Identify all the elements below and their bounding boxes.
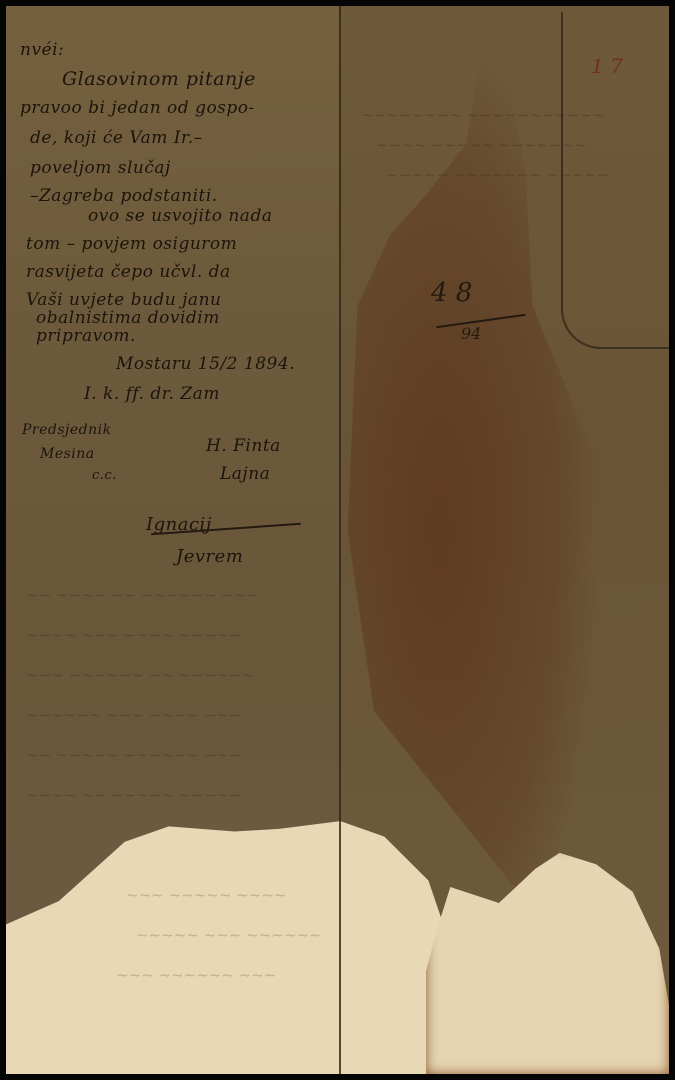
text-line: nvéi: xyxy=(20,40,64,60)
signature: Jevrem xyxy=(176,546,243,567)
text-line: rasvijeta čepo učvl. da xyxy=(26,262,231,282)
text-line: obalnistima dovidim xyxy=(36,308,220,328)
text-line: tom – povjem osigurom xyxy=(26,234,237,254)
document-page: nvéi: Glasovinom pitanje pravoo bi jedan… xyxy=(6,6,669,1074)
date-line: Mostaru 15/2 1894. xyxy=(116,354,295,374)
note-line: Predsjednik xyxy=(22,422,112,438)
note-line: c.c. xyxy=(92,468,117,483)
text-line: Vaši uvjete budu janu xyxy=(26,290,221,310)
text-line: –Zagreba podstaniti. xyxy=(30,186,218,206)
bleedthrough-line: ~~~~ ~~~~~ ~~~~~~~ xyxy=(376,136,587,154)
bleedthrough-line: ~~~~~~ ~~~ ~~~~ ~~~ xyxy=(26,706,241,724)
archive-number: 4 8 xyxy=(431,278,472,308)
bleedthrough-line: ~~~~ ~~ ~~~~~ ~~~~~ xyxy=(26,786,241,804)
archive-year: 94 xyxy=(461,324,481,343)
text-line: de, koji će Vam Ir.– xyxy=(30,128,203,148)
bleedthrough-line: ~~ ~~~~ ~~ ~~~~~~ ~~~ xyxy=(26,586,259,604)
bleedthrough-line: ~~~ ~~~~~ ~~~~ xyxy=(126,886,286,904)
text-line: Glasovinom pitanje xyxy=(62,68,256,90)
bleedthrough-line: ~~~ ~~~~~~ ~~~ xyxy=(116,966,276,984)
note-line: H. Finta xyxy=(206,436,281,456)
text-line: pravoo bi jedan od gospo- xyxy=(20,98,255,118)
text-line: ovo se usvojito nada xyxy=(88,206,272,226)
note-line: Lajna xyxy=(220,464,270,484)
greeting-line: I. k. ff. dr. Zam xyxy=(84,384,220,404)
text-line: poveljom slučaj xyxy=(30,158,171,178)
bleedthrough-line: ~~~~~ ~~~~~~~ ~~~~~ xyxy=(386,166,609,184)
bleedthrough-line: ~~~ ~~~~~~ ~~ ~~~~~~ xyxy=(26,666,254,684)
bleedthrough-line: ~~~~ ~~~ ~~~~ ~~~~~ xyxy=(26,626,241,644)
bleedthrough-line: ~~~~~ ~~~ ~~~~~~ xyxy=(136,926,322,944)
note-line: Mesina xyxy=(40,446,95,462)
bleedthrough-line: ~~~~~~~~ ~~~~~~~~~~~ xyxy=(361,106,605,124)
corner-folio-number: 1 7 xyxy=(591,54,623,78)
fold-line xyxy=(339,6,341,1074)
text-line: pripravom. xyxy=(36,326,136,346)
bleedthrough-line: ~~ ~~~~~ ~~~~~~ ~~~ xyxy=(26,746,241,764)
